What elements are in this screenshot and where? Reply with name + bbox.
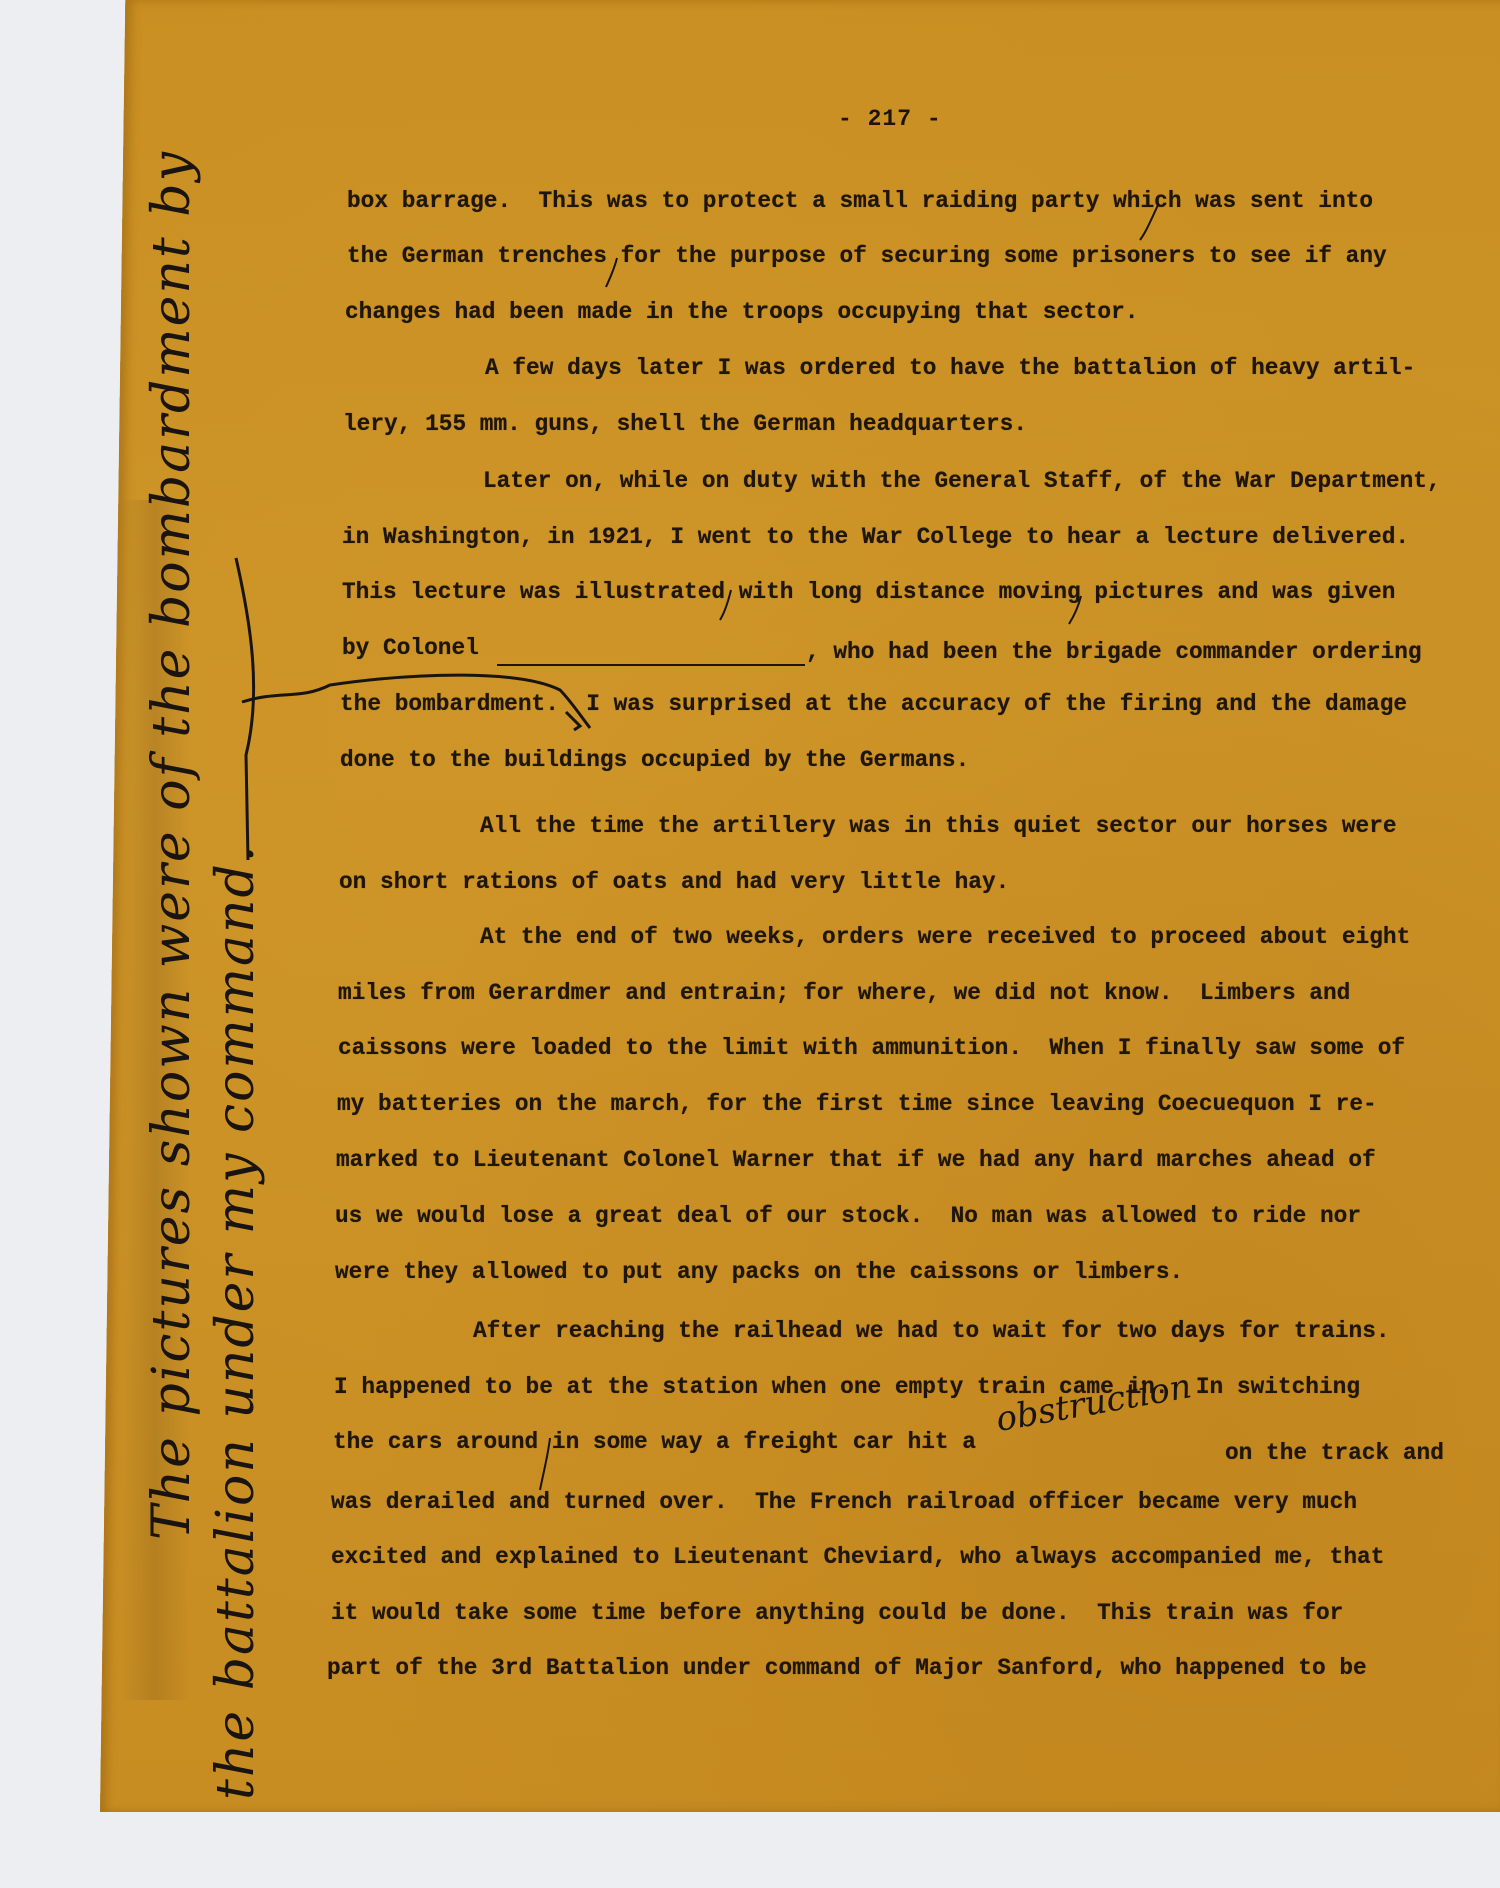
comma-mark-5 — [540, 1438, 550, 1490]
pen-marks — [0, 0, 1500, 1888]
caret-mark — [566, 712, 580, 730]
comma-mark-4 — [1069, 596, 1081, 624]
comma-mark-2 — [606, 258, 617, 287]
bracket-mark — [236, 558, 254, 860]
comma-mark-1 — [1140, 205, 1158, 240]
pointer-line — [242, 675, 590, 728]
comma-mark-3 — [720, 590, 731, 620]
